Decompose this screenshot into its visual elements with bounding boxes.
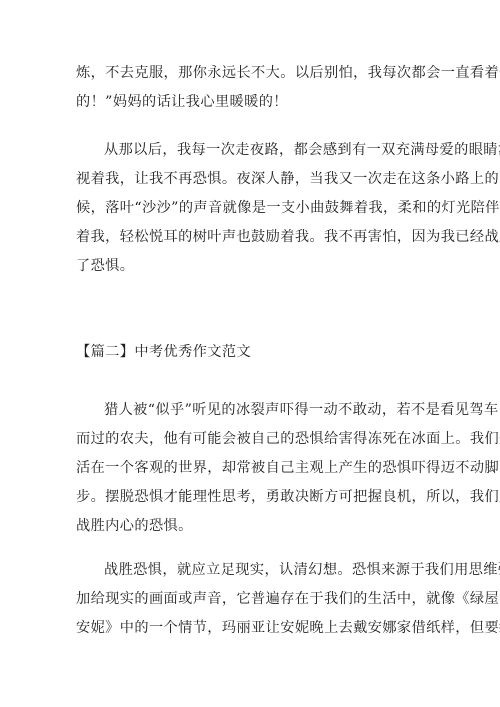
text-line: 加给现实的画面或声音，它普遍存在于我们的生活中，就像《绿屋的 bbox=[76, 590, 436, 608]
section-heading: 【篇二】中考优秀作文范文 bbox=[76, 343, 436, 361]
text-line: 的！”妈妈的话让我心里暖暖的！ bbox=[76, 93, 436, 111]
text-line: 步。摆脱恐惧才能理性思考，勇敢决断方可把握良机，所以，我们应 bbox=[76, 488, 436, 506]
text-line: 猎人被“似乎”听见的冰裂声吓得一动不敢动，若不是看见驾车 bbox=[104, 401, 464, 419]
text-line: 视着我，让我不再恐惧。夜深人静，当我又一次走在这条小路上的时 bbox=[76, 170, 436, 188]
text-line: 炼，不去克服，那你永远长不大。以后别怕，我每次都会一直看着你 bbox=[76, 64, 436, 82]
text-line: 战胜恐惧，就应立足现实，认清幻想。恐惧来源于我们用思维强 bbox=[104, 561, 464, 579]
text-line: 而过的农夫，他有可能会被自己的恐惧给害得冻死在冰面上。我们生 bbox=[76, 430, 436, 448]
text-line: 了恐惧。 bbox=[76, 257, 436, 275]
text-line: 安妮》中的一个情节，玛丽亚让安妮晚上去戴安娜家借纸样，但要经 bbox=[76, 619, 436, 637]
text-line: 活在一个客观的世界，却常被自己主观上产生的恐惧吓得迈不动脚 bbox=[76, 459, 436, 477]
text-line: 着我，轻松悦耳的树叶声也鼓励着我。我不再害怕，因为我已经战胜 bbox=[76, 228, 436, 246]
text-line: 战胜内心的恐惧。 bbox=[76, 517, 436, 535]
text-line: 从那以后，我每一次走夜路，都会感到有一双充满母爱的眼睛注 bbox=[104, 141, 464, 159]
text-line: 候，落叶“沙沙”的声音就像是一支小曲鼓舞着我，柔和的灯光陪伴 bbox=[76, 199, 436, 217]
